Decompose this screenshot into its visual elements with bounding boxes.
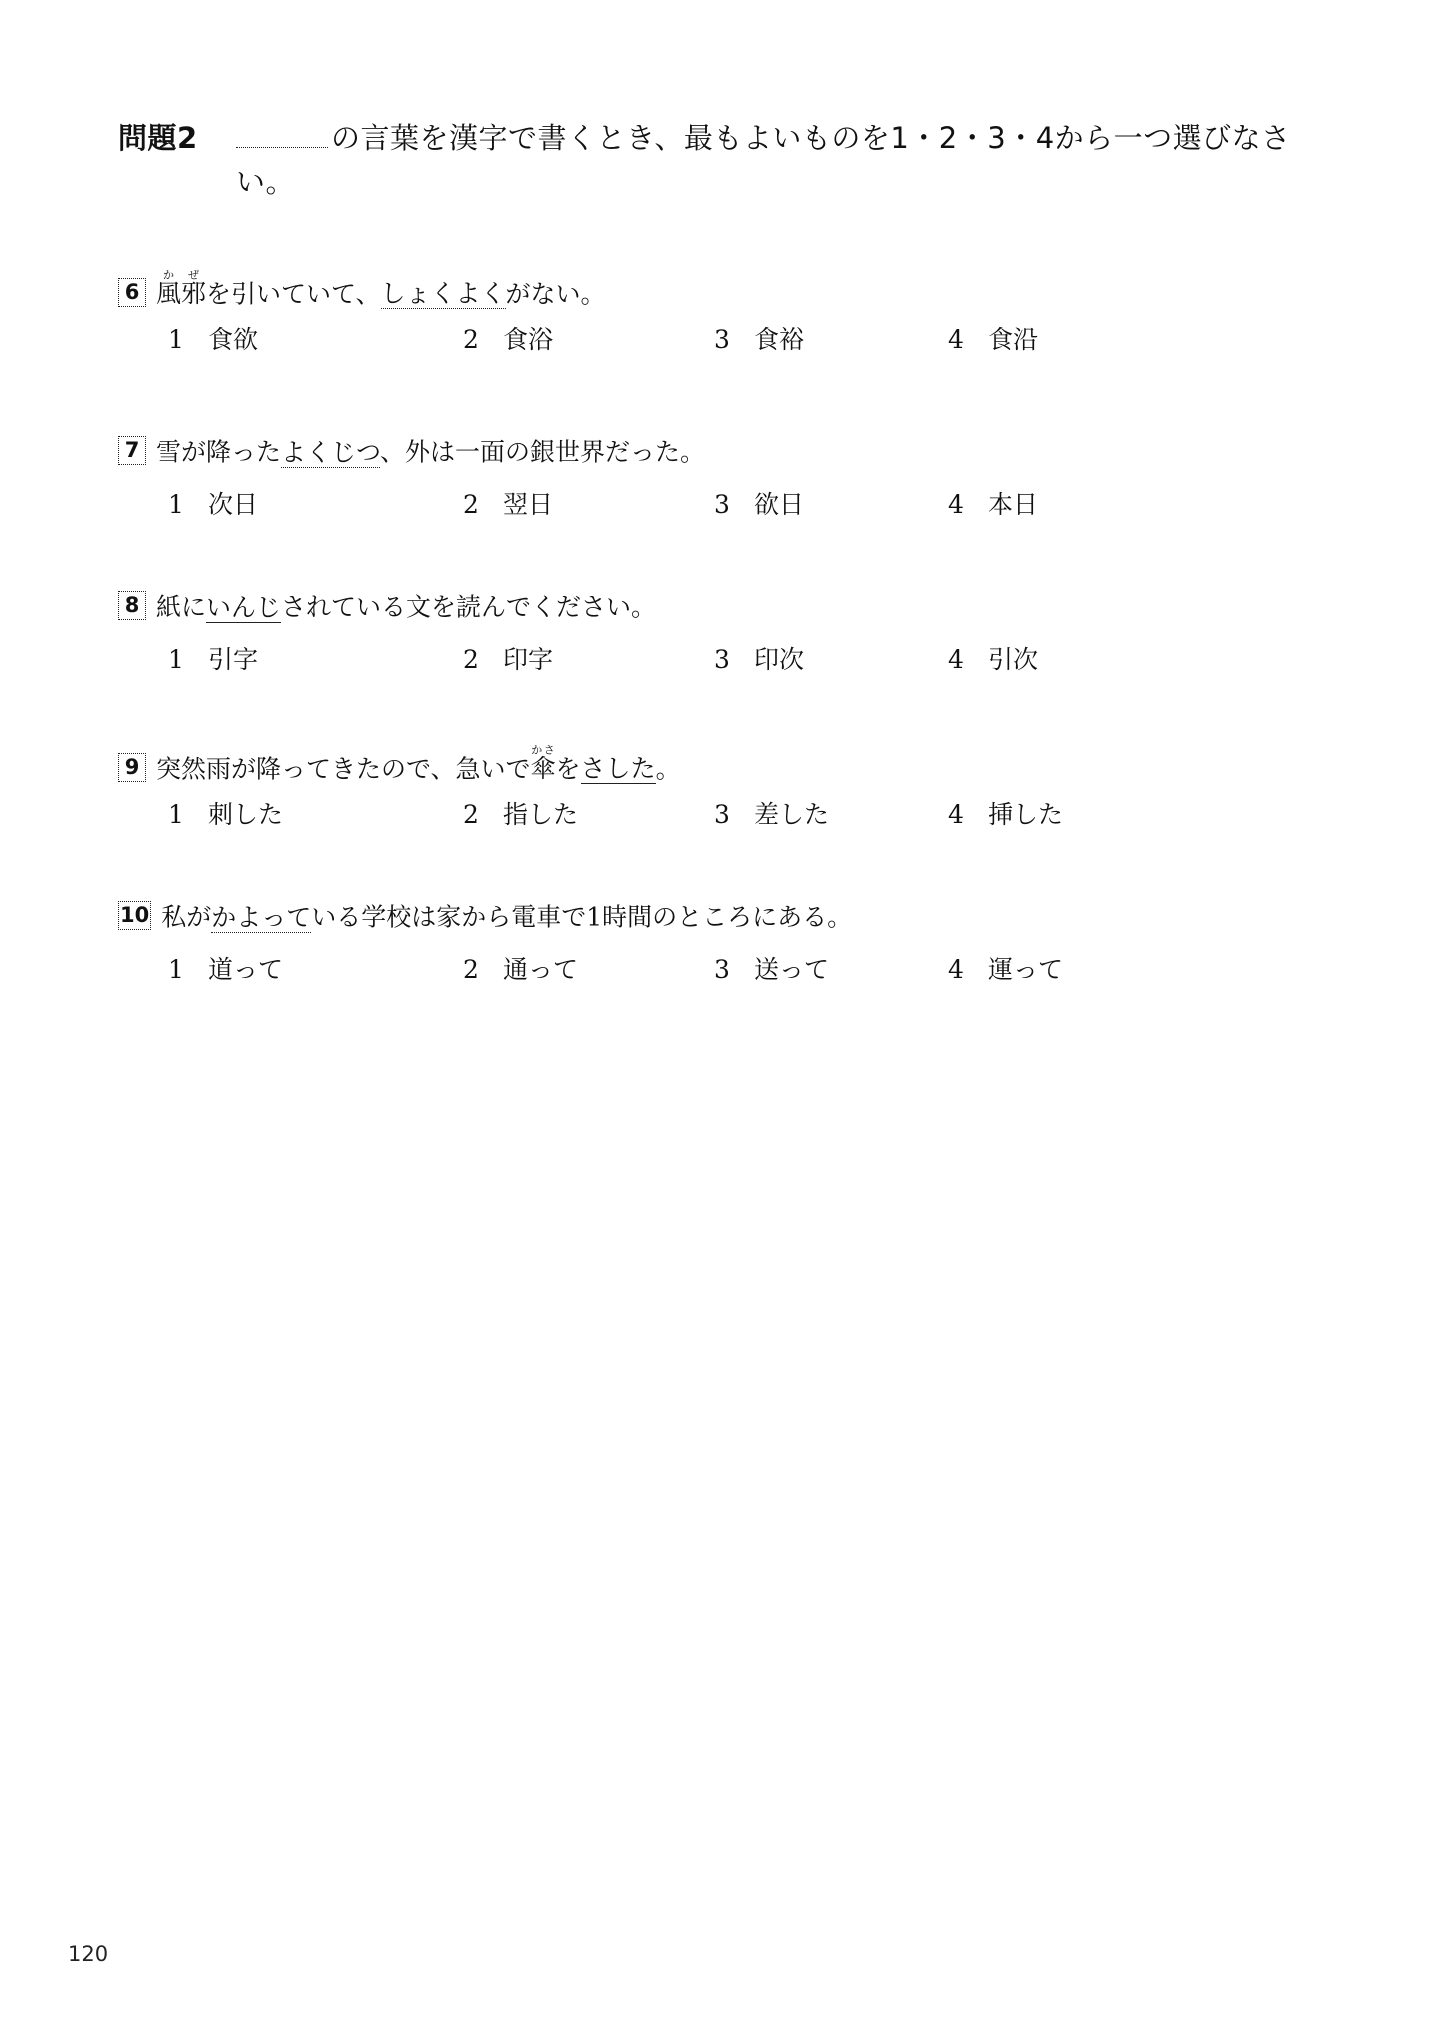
option-3[interactable]: 3欲日 (714, 485, 804, 525)
target-word: さした (581, 754, 656, 784)
ruby-word: 傘かさ (531, 754, 556, 783)
question-6: 6風邪かぜを引いていて、しょくよくがない。 1食欲 2食浴 3食裕 4食沿 (118, 268, 606, 360)
option-3[interactable]: 3印次 (714, 640, 804, 680)
question-number: 10 (118, 901, 151, 930)
question-sentence: 6風邪かぜを引いていて、しょくよくがない。 (118, 268, 606, 304)
option-1[interactable]: 1食欲 (168, 320, 258, 360)
question-number: 9 (118, 753, 146, 782)
question-9: 9突然雨が降ってきたので、急いで傘かさをさした。 1刺した 2指した 3差した … (118, 743, 681, 835)
option-3[interactable]: 3食裕 (714, 320, 804, 360)
question-number: 8 (118, 591, 146, 620)
option-2[interactable]: 2指した (463, 795, 578, 835)
option-4[interactable]: 4本日 (948, 485, 1038, 525)
problem-label: 問題2 (118, 116, 236, 160)
option-2[interactable]: 2翌日 (463, 485, 553, 525)
answer-options: 1引字 2印字 3印次 4引次 (118, 640, 656, 680)
option-2[interactable]: 2通って (463, 950, 578, 990)
option-3[interactable]: 3送って (714, 950, 829, 990)
target-word: いんじ (206, 593, 281, 623)
instruction-line-2: い。 (118, 160, 1318, 204)
target-word: かよって (211, 903, 311, 933)
page-number: 120 (68, 1942, 108, 1966)
question-sentence: 7雪が降ったよくじつ、外は一面の銀世界だった。 (118, 433, 705, 469)
option-3[interactable]: 3差した (714, 795, 829, 835)
question-sentence: 10私がかよっている学校は家から電車で1時間のところにある。 (118, 898, 852, 934)
underline-blank-marker (236, 117, 328, 148)
option-4[interactable]: 4食沿 (948, 320, 1038, 360)
instruction-text: の言葉を漢字で書くとき、最もよいものを1・2・3・4から一つ選びなさ (331, 121, 1291, 155)
ruby-word: 風邪かぜ (156, 279, 206, 308)
target-word: よくじつ (281, 438, 380, 468)
answer-options: 1食欲 2食浴 3食裕 4食沿 (118, 320, 606, 360)
option-4[interactable]: 4挿した (948, 795, 1063, 835)
question-number: 6 (118, 278, 146, 307)
instruction-heading: 問題2の言葉を漢字で書くとき、最もよいものを1・2・3・4から一つ選びなさ い。 (118, 116, 1318, 204)
question-8: 8紙にいんじされている文を読んでください。 1引字 2印字 3印次 4引次 (118, 588, 656, 680)
option-1[interactable]: 1刺した (168, 795, 283, 835)
option-1[interactable]: 1次日 (168, 485, 258, 525)
option-4[interactable]: 4運って (948, 950, 1063, 990)
option-2[interactable]: 2食浴 (463, 320, 553, 360)
target-word: しょくよく (381, 279, 506, 309)
option-4[interactable]: 4引次 (948, 640, 1038, 680)
answer-options: 1刺した 2指した 3差した 4挿した (118, 795, 681, 835)
answer-options: 1道って 2通って 3送って 4運って (118, 950, 852, 990)
question-sentence: 9突然雨が降ってきたので、急いで傘かさをさした。 (118, 743, 681, 779)
option-1[interactable]: 1道って (168, 950, 283, 990)
instruction-line-1: 問題2の言葉を漢字で書くとき、最もよいものを1・2・3・4から一つ選びなさ (118, 116, 1318, 160)
question-number: 7 (118, 436, 146, 465)
question-sentence: 8紙にいんじされている文を読んでください。 (118, 588, 656, 624)
option-1[interactable]: 1引字 (168, 640, 258, 680)
answer-options: 1次日 2翌日 3欲日 4本日 (118, 485, 705, 525)
question-7: 7雪が降ったよくじつ、外は一面の銀世界だった。 1次日 2翌日 3欲日 4本日 (118, 433, 705, 525)
option-2[interactable]: 2印字 (463, 640, 553, 680)
question-10: 10私がかよっている学校は家から電車で1時間のところにある。 1道って 2通って… (118, 898, 852, 990)
